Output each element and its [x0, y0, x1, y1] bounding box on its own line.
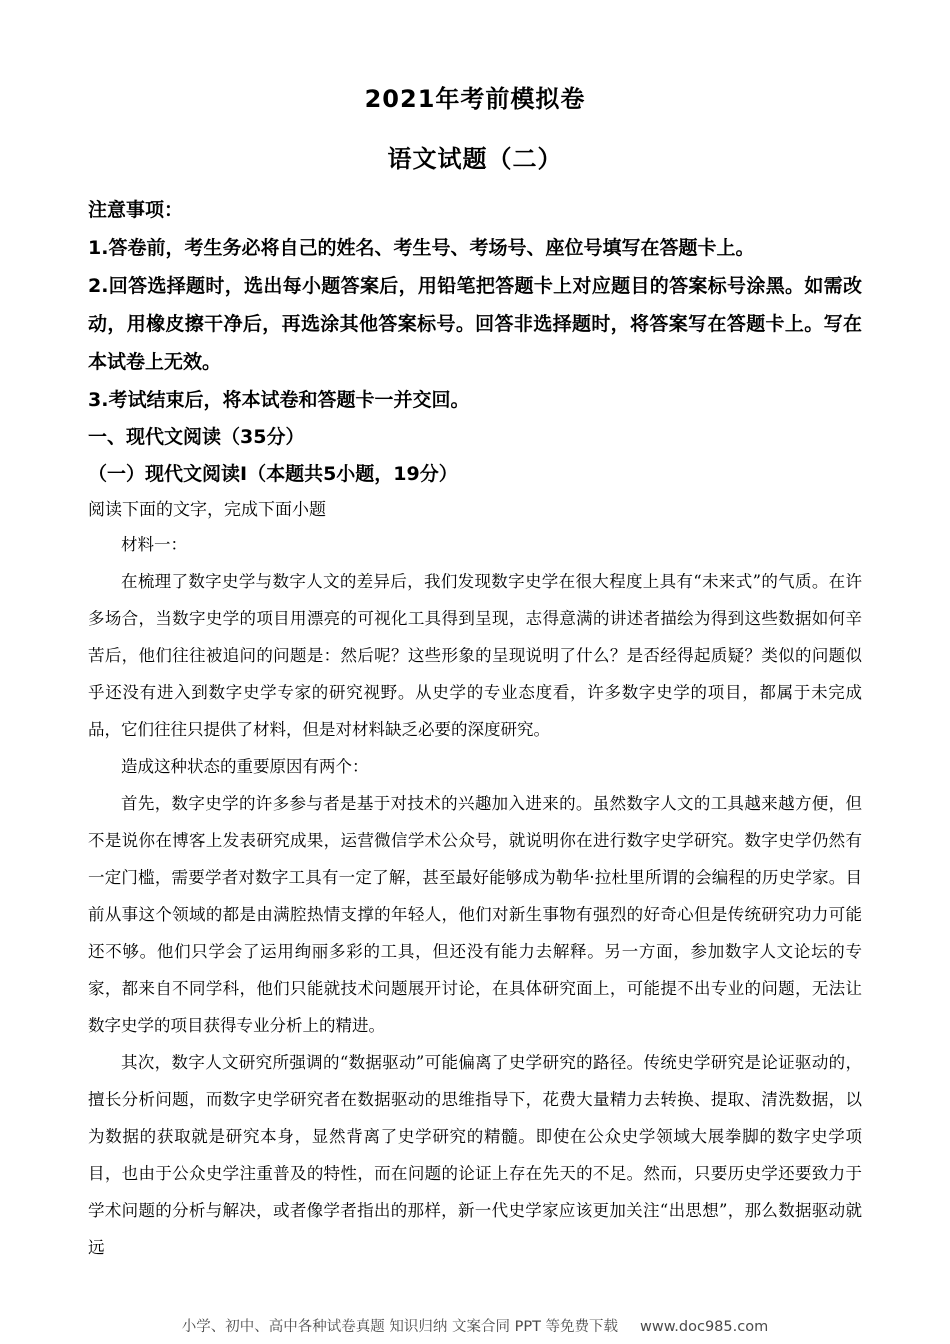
material-label: 材料一： [88, 527, 862, 563]
subsection-heading-reading-1: （一）现代文阅读Ⅰ（本题共5小题，19分） [88, 456, 862, 493]
section-heading-modern-reading: 一、现代文阅读（35分） [88, 419, 862, 456]
page-footer: 小学、初中、高中各种试卷真题 知识归纳 文案合同 PPT 等免费下载www.do… [0, 1315, 950, 1336]
notice-item-3: 3.考试结束后，将本试卷和答题卡一并交回。 [88, 381, 862, 419]
notice-item-1: 1.答卷前，考生务必将自己的姓名、考生号、考场号、座位号填写在答题卡上。 [88, 229, 862, 267]
reading-instruction: 阅读下面的文字，完成下面小题 [88, 493, 862, 527]
page-subtitle: 语文试题（二） [88, 144, 862, 175]
passage-paragraph-4: 其次，数字人文研究所强调的“数据驱动”可能偏离了史学研究的路径。传统史学研究是论… [88, 1044, 862, 1266]
footer-url: www.doc985.com [640, 1319, 768, 1335]
exam-page: 2021年考前模拟卷 语文试题（二） 注意事项： 1.答卷前，考生务必将自己的姓… [0, 0, 950, 1344]
passage-paragraph-3: 首先，数字史学的许多参与者是基于对技术的兴趣加入进来的。虽然数字人文的工具越来越… [88, 785, 862, 1044]
passage-paragraph-2: 造成这种状态的重要原因有两个： [88, 748, 862, 785]
passage-paragraph-1: 在梳理了数字史学与数字人文的差异后，我们发现数字史学在很大程度上具有“未来式”的… [88, 563, 862, 748]
reading-passage: 在梳理了数字史学与数字人文的差异后，我们发现数字史学在很大程度上具有“未来式”的… [88, 563, 862, 1266]
page-title: 2021年考前模拟卷 [88, 84, 862, 115]
footer-text: 小学、初中、高中各种试卷真题 知识归纳 文案合同 PPT 等免费下载 [182, 1319, 618, 1335]
notice-heading: 注意事项： [88, 191, 862, 229]
notice-item-2: 2.回答选择题时，选出每小题答案后，用铅笔把答题卡上对应题目的答案标号涂黑。如需… [88, 267, 862, 381]
notice-section: 注意事项： 1.答卷前，考生务必将自己的姓名、考生号、考场号、座位号填写在答题卡… [88, 191, 862, 419]
